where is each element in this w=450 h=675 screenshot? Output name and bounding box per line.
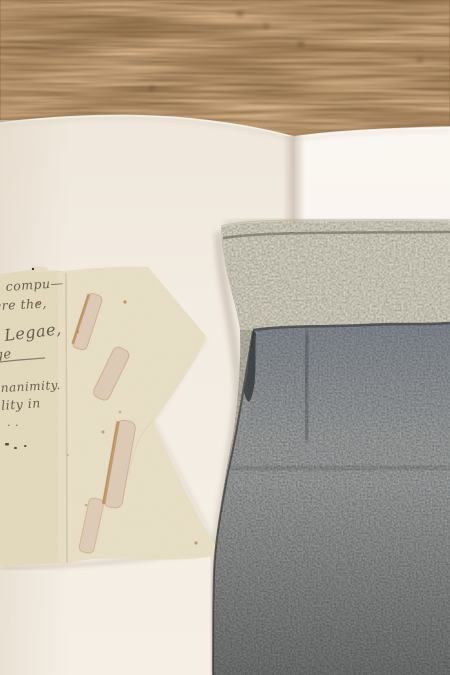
dark-fabric-crease-vertical bbox=[306, 332, 308, 442]
scene-canvas: compu— ere the, Legae, ge nanimity. ilit… bbox=[0, 0, 450, 675]
dark-fabric-blue-tint bbox=[248, 322, 450, 437]
photo-scene: compu— ere the, Legae, ge nanimity. ilit… bbox=[0, 0, 450, 675]
handwriting-line-2: ere the, bbox=[0, 296, 47, 314]
dark-fabric-bottom-vignette bbox=[205, 480, 450, 675]
handwriting-line-7: . . bbox=[7, 416, 19, 429]
paper-seam bbox=[66, 273, 67, 563]
handwriting-line-6: ility in bbox=[0, 395, 41, 413]
edge-speck bbox=[32, 268, 34, 270]
dark-fabric-crease-horizontal bbox=[230, 466, 450, 470]
book-gutter-shadow bbox=[283, 136, 305, 228]
